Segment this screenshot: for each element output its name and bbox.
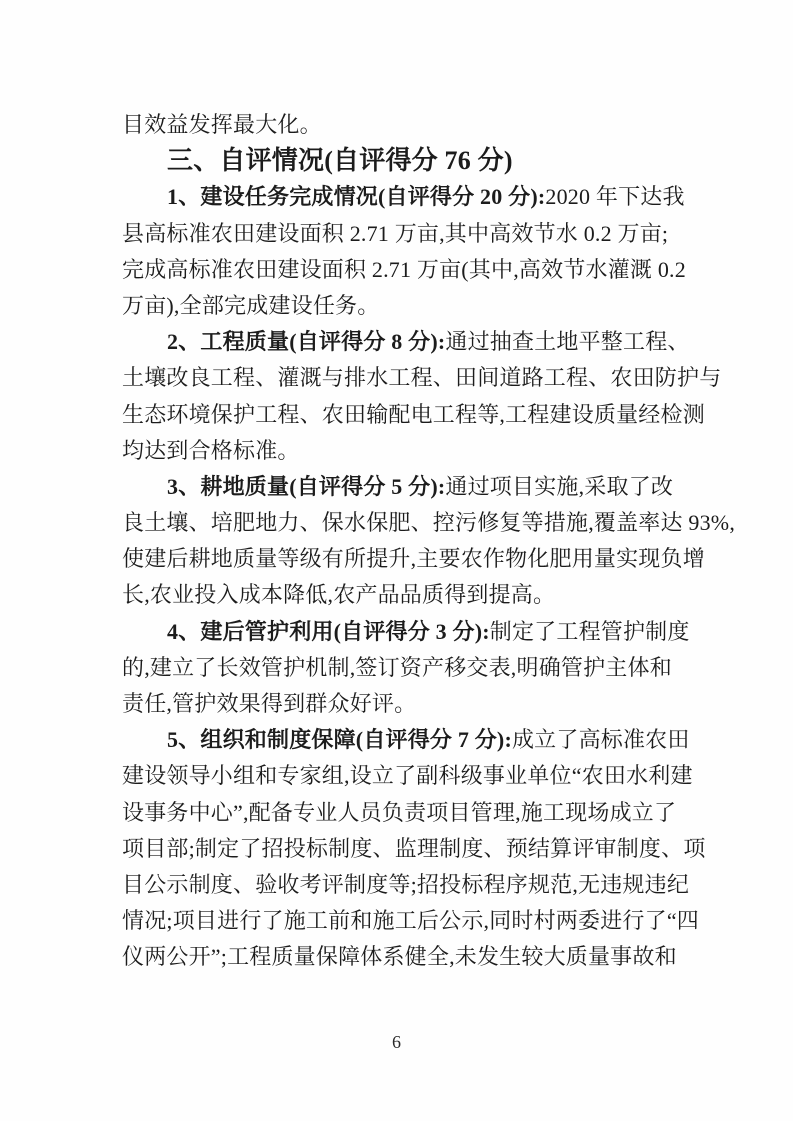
text-segment: 良土壤、培肥地力、保水保肥、控污修复等措施,覆盖率达 93%, <box>122 510 735 535</box>
text-segment: 责任,管护效果得到群众好评。 <box>122 691 416 716</box>
section-heading: 三、自评情况(自评得分 76 分) <box>122 143 722 179</box>
document-page: 目效益发挥最大化。 三、自评情况(自评得分 76 分) 1、建设任务完成情况(自… <box>0 0 793 1121</box>
section-heading-text: 三、自评情况(自评得分 76 分) <box>167 146 513 175</box>
page-number: 6 <box>0 1032 793 1053</box>
bold-segment: 4、建后管护利用(自评得分 3 分): <box>167 619 490 644</box>
body-line: 项目部;制定了招投标制度、监理制度、预结算评审制度、项 <box>122 831 722 867</box>
body-line: 县高标准农田建设面积 2.71 万亩,其中高效节水 0.2 万亩; <box>122 216 722 252</box>
text-segment: 的,建立了长效管护机制,签订资产移交表,明确管护主体和 <box>122 655 672 680</box>
text-segment: 设事务中心”,配备专业人员负责项目管理,施工现场成立了 <box>122 800 676 825</box>
body-line: 情况;项目进行了施工前和施工后公示,同时村两委进行了“四 <box>122 903 722 939</box>
body-line: 万亩),全部完成建设任务。 <box>122 288 722 324</box>
bold-segment: 2、工程质量(自评得分 8 分): <box>167 329 445 354</box>
text-segment: 生态环境保护工程、农田输配电工程等,工程建设质量经检测 <box>122 402 705 427</box>
text-segment: 通过项目实施,采取了改 <box>445 474 673 499</box>
body-line: 设事务中心”,配备专业人员负责项目管理,施工现场成立了 <box>122 795 722 831</box>
text-segment: 县高标准农田建设面积 2.71 万亩,其中高效节水 0.2 万亩; <box>122 221 668 246</box>
text-segment: 均达到合格标准。 <box>122 438 300 463</box>
body-line: 建设领导小组和专家组,设立了副科级事业单位“农田水利建 <box>122 758 722 794</box>
body-line: 3、耕地质量(自评得分 5 分):通过项目实施,采取了改 <box>122 469 722 505</box>
body-line: 目效益发挥最大化。 <box>122 107 722 143</box>
text-segment: 长,农业投入成本降低,农产品品质得到提高。 <box>122 582 555 607</box>
body-line: 长,农业投入成本降低,农产品品质得到提高。 <box>122 577 722 613</box>
body-line: 2、工程质量(自评得分 8 分):通过抽查土地平整工程、 <box>122 324 722 360</box>
text-segment: 使建后耕地质量等级有所提升,主要农作物化肥用量实现负增 <box>122 546 705 571</box>
document-body: 目效益发挥最大化。 三、自评情况(自评得分 76 分) 1、建设任务完成情况(自… <box>122 107 722 976</box>
text-segment: 目公示制度、验收考评制度等;招投标程序规范,无违规违纪 <box>122 872 689 897</box>
body-line: 1、建设任务完成情况(自评得分 20 分):2020 年下达我 <box>122 179 722 215</box>
text-segment: 2020 年下达我 <box>545 184 684 209</box>
body-line: 责任,管护效果得到群众好评。 <box>122 686 722 722</box>
body-line: 生态环境保护工程、农田输配电工程等,工程建设质量经检测 <box>122 397 722 433</box>
text-segment: 土壤改良工程、灌溉与排水工程、田间道路工程、农田防护与 <box>122 365 721 390</box>
text-segment: 目效益发挥最大化。 <box>122 112 322 137</box>
body-line: 仪两公开”;工程质量保障体系健全,未发生较大质量事故和 <box>122 939 722 975</box>
bold-segment: 1、建设任务完成情况(自评得分 20 分): <box>167 184 545 209</box>
text-segment: 仪两公开”;工程质量保障体系健全,未发生较大质量事故和 <box>122 944 677 969</box>
body-line: 4、建后管护利用(自评得分 3 分):制定了工程管护制度 <box>122 614 722 650</box>
body-line: 使建后耕地质量等级有所提升,主要农作物化肥用量实现负增 <box>122 541 722 577</box>
body-line: 目公示制度、验收考评制度等;招投标程序规范,无违规违纪 <box>122 867 722 903</box>
text-segment: 建设领导小组和专家组,设立了副科级事业单位“农田水利建 <box>122 763 693 788</box>
bold-segment: 5、组织和制度保障(自评得分 7 分): <box>167 727 512 752</box>
text-segment: 万亩),全部完成建设任务。 <box>122 293 379 318</box>
body-line: 的,建立了长效管护机制,签订资产移交表,明确管护主体和 <box>122 650 722 686</box>
body-line: 土壤改良工程、灌溉与排水工程、田间道路工程、农田防护与 <box>122 360 722 396</box>
body-line: 均达到合格标准。 <box>122 433 722 469</box>
text-segment: 完成高标准农田建设面积 2.71 万亩(其中,高效节水灌溉 0.2 <box>122 257 686 282</box>
text-segment: 项目部;制定了招投标制度、监理制度、预结算评审制度、项 <box>122 836 706 861</box>
text-segment: 制定了工程管护制度 <box>490 619 690 644</box>
body-line: 5、组织和制度保障(自评得分 7 分):成立了高标准农田 <box>122 722 722 758</box>
body-line: 完成高标准农田建设面积 2.71 万亩(其中,高效节水灌溉 0.2 <box>122 252 722 288</box>
body-line: 良土壤、培肥地力、保水保肥、控污修复等措施,覆盖率达 93%, <box>122 505 722 541</box>
text-segment: 情况;项目进行了施工前和施工后公示,同时村两委进行了“四 <box>122 908 699 933</box>
text-segment: 通过抽查土地平整工程、 <box>445 329 689 354</box>
bold-segment: 3、耕地质量(自评得分 5 分): <box>167 474 445 499</box>
text-segment: 成立了高标准农田 <box>512 727 690 752</box>
